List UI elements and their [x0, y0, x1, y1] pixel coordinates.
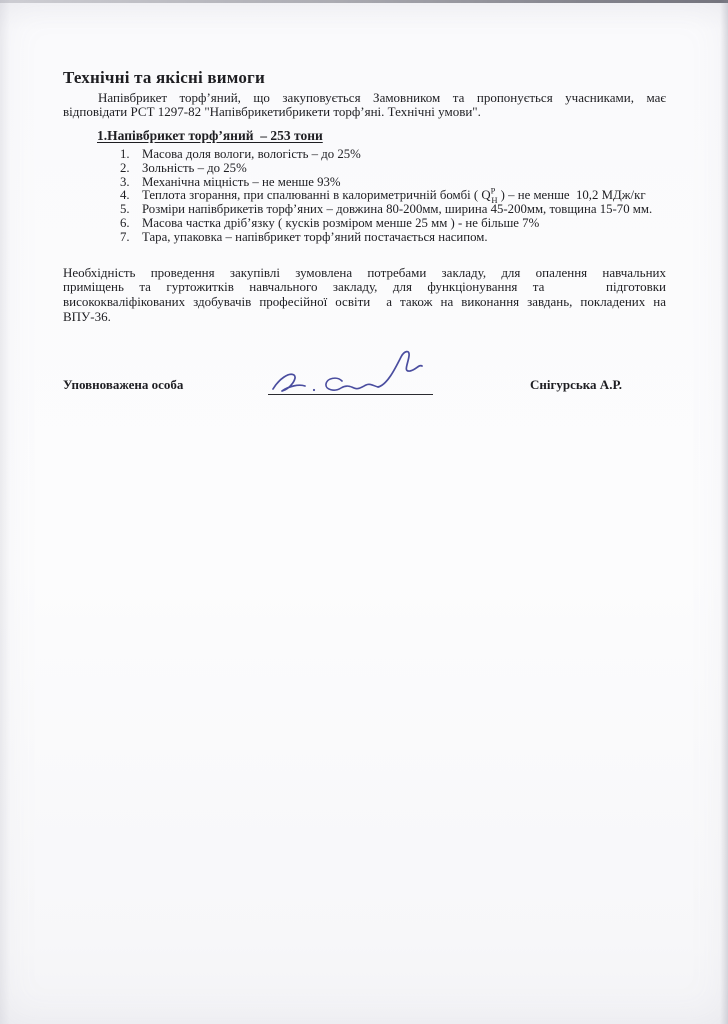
scan-right-edge-artifact: [720, 0, 728, 1024]
justification-line: Необхідність проведення закупівлі зумовл…: [63, 266, 666, 281]
item-number: 6.: [120, 217, 142, 231]
scan-top-edge-artifact: [0, 0, 728, 3]
item-number: 2.: [120, 162, 142, 176]
requirement-item: 6. Масова частка дріб’язку ( кусків розм…: [63, 217, 666, 231]
intro-line: відповідати РСТ 1297-82 "Напівбрикетибри…: [63, 105, 666, 119]
signatory-role-label: Уповноважена особа: [63, 377, 183, 393]
item-text: Розміри напівбрикетів торф’яних – довжин…: [142, 203, 652, 217]
item-number: 7.: [120, 231, 142, 245]
justification-paragraph: Необхідність проведення закупівлі зумовл…: [63, 266, 666, 326]
signature-block: Уповноважена особа Снігурська А.Р.: [63, 345, 666, 405]
justification-line: висококваліфікованих здобувачів професій…: [63, 295, 666, 310]
document-title: Технічні та якісні вимоги: [63, 68, 666, 87]
requirement-item: 7. Тара, упаковка – напівбрикет торф’яни…: [63, 231, 666, 245]
item-text: Тара, упаковка – напівбрикет торф’яний п…: [142, 231, 488, 245]
justification-line: ВПУ-36.: [63, 310, 666, 325]
intro-line: Напівбрикет торф’яний, що закуповується …: [63, 91, 666, 105]
item-text: Масова частка дріб’язку ( кусків розміро…: [142, 217, 539, 231]
item-text: Зольність – до 25%: [142, 162, 247, 176]
requirement-item: 2. Зольність – до 25%: [63, 162, 666, 176]
formula-suffix: ) – не менше 10,2 МДж/кг: [497, 188, 645, 202]
document-content: Технічні та якісні вимоги Напівбрикет то…: [63, 68, 666, 405]
item-number: 3.: [120, 176, 142, 190]
scan-left-edge-artifact: [0, 0, 10, 1024]
scanned-document-page: Технічні та якісні вимоги Напівбрикет то…: [0, 0, 728, 1024]
requirement-item: 5. Розміри напівбрикетів торф’яних – дов…: [63, 203, 666, 217]
handwritten-signature: [259, 345, 459, 397]
formula-prefix: Теплота згорання, при спалюванні в калор…: [142, 188, 491, 202]
item-number: 4.: [120, 189, 142, 203]
item-number: 1.: [120, 148, 142, 162]
requirements-list: 1. Масова доля вологи, вологість – до 25…: [63, 148, 666, 245]
item-number: 5.: [120, 203, 142, 217]
justification-line: приміщень та гуртожитків навчального зак…: [63, 280, 666, 295]
signatory-name: Снігурська А.Р.: [530, 377, 622, 393]
item-text: Масова доля вологи, вологість – до 25%: [142, 148, 361, 162]
requirement-item: 1. Масова доля вологи, вологість – до 25…: [63, 148, 666, 162]
signature-underline: [268, 394, 433, 395]
item-text-with-formula: Теплота згорання, при спалюванні в калор…: [142, 189, 646, 203]
requirements-heading: 1.Напівбрикет торф’яний – 253 тони: [97, 128, 666, 144]
requirement-item: 4. Теплота згорання, при спалюванні в ка…: [63, 189, 666, 203]
intro-paragraph: Напівбрикет торф’яний, що закуповується …: [63, 91, 666, 119]
